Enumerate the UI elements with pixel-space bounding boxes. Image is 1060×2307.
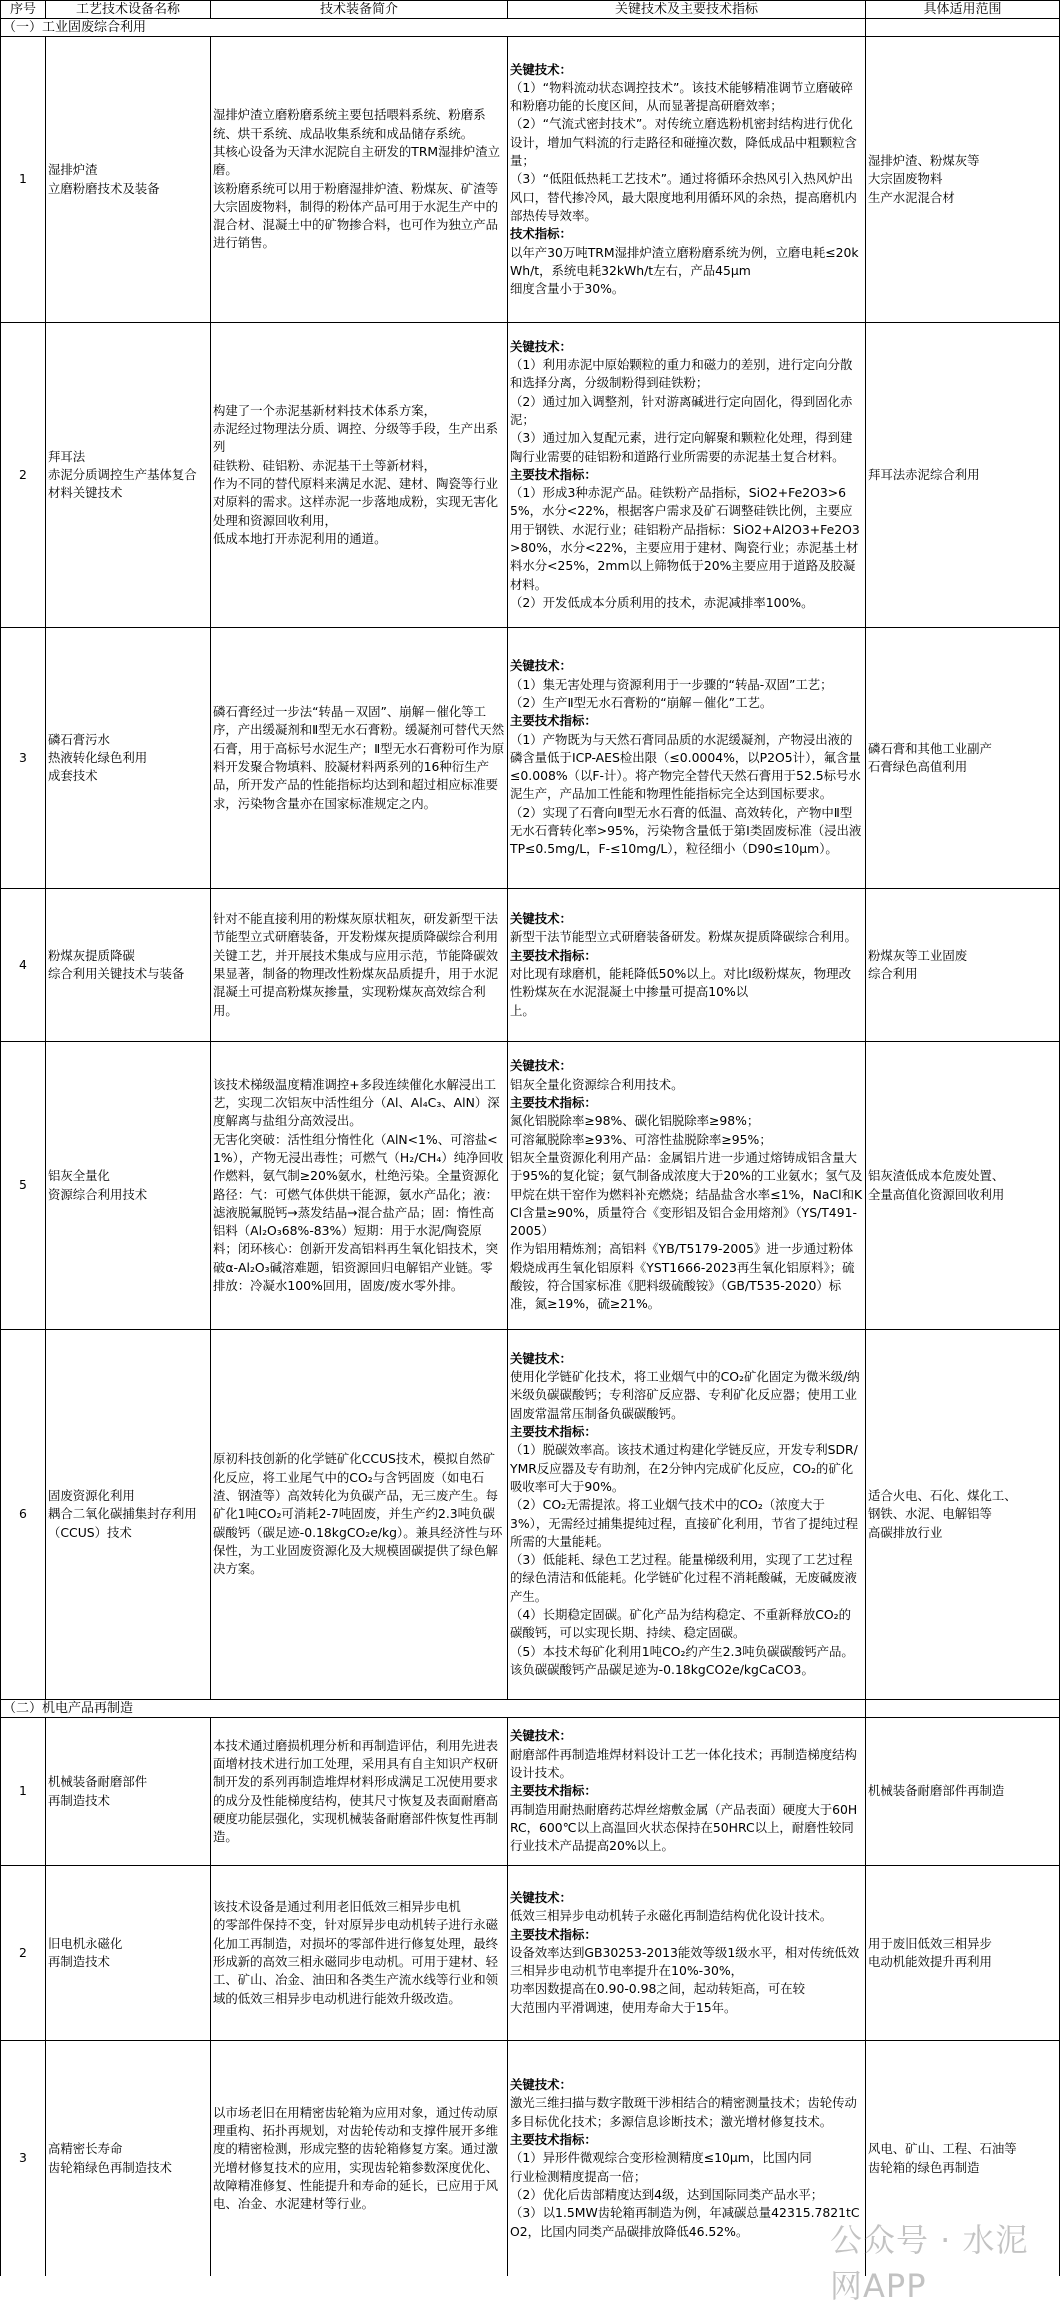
indicator-text: 大范围内平滑调速，使用寿命大于15年。 <box>510 1999 863 2017</box>
text-line: 成套技术 <box>48 767 208 785</box>
text-line: 热液转化绿色利用 <box>48 749 208 767</box>
text-line: 齿轮箱的绿色再制造 <box>868 2159 1057 2177</box>
table-row: 6固废资源化利用耦合二氧化碳捕集封存利用（CCUS）技术原初科技创新的化学链矿化… <box>1 1330 1060 1700</box>
application-scope: 机械装备耐磨部件再制造 <box>866 1718 1060 1866</box>
indicator-text: 行业检测精度提高一倍； <box>510 2168 863 2186</box>
tech-name: 机械装备耐磨部件再制造技术 <box>46 1718 211 1866</box>
table-row: 3磷石膏污水热液转化绿色利用成套技术磷石膏经过一步法“转晶－双固”、崩解－催化等… <box>1 628 1060 889</box>
indicator-text: 设备效率达到GB30253-2013能效等级1级水平，相对传统低效三相异步电动机… <box>510 1944 863 1981</box>
table-row: 2拜耳法赤泥分质调控生产基体复合材料关键技术构建了一个赤泥基新材料技术体系方案，… <box>1 323 1060 628</box>
section-row: （一）工业固废综合利用 <box>1 19 1060 37</box>
indicator-text: （3）通过加入复配元素，进行定向解聚和颗粒化处理，得到建陶行业需要的硅铝粉和道路… <box>510 429 863 466</box>
subheading: 关键技术： <box>510 2076 863 2094</box>
text-line: 钢铁、水泥、电解铝等 <box>868 1505 1057 1523</box>
section-title: （二）机电产品再制造 <box>1 1700 866 1718</box>
text-line: 再制造技术 <box>48 1953 208 1971</box>
header-no: 序号 <box>1 1 46 19</box>
text-line: 该技术梯级温度精准调控+多段连续催化水解浸出工艺，实现二次铝灰中活性组分（Al、… <box>213 1076 505 1131</box>
text-line: 高精密长寿命 <box>48 2140 208 2158</box>
indicator-text: （3）低能耗、绿色工艺过程。能量梯级利用，实现了工艺过程的绿色清洁和低能耗。化学… <box>510 1551 863 1606</box>
text-line: 生产水泥混合材 <box>868 189 1057 207</box>
subheading: 关键技术： <box>510 1057 863 1075</box>
text-line: 湿排炉渣立磨粉磨系统主要包括喂料系统、粉磨系统、烘干系统、成品收集系统和成品储存… <box>213 106 505 143</box>
indicator-text: 低效三相异步电动机转子永磁化再制造结构优化设计技术。 <box>510 1907 863 1925</box>
tech-intro: 以市场老旧在用精密齿轮箱为应用对象，通过传动原理重构、拓扑再规划，对齿轮传动和支… <box>211 2041 508 2277</box>
subheading: 主要技术指标： <box>510 1423 863 1441</box>
subheading: 关键技术： <box>510 657 863 675</box>
indicator-text: （2）“气流式密封技术”。对传统立磨选粉机密封结构进行优化设计，增加气料流的行走… <box>510 115 863 170</box>
indicator-text: 上。 <box>510 1002 863 1020</box>
application-scope: 湿排炉渣、粉煤灰等大宗固废物料生产水泥混合材 <box>866 37 1060 323</box>
header-scope: 具体适用范围 <box>866 1 1060 19</box>
table-body: （一）工业固废综合利用1湿排炉渣立磨粉磨技术及装备湿排炉渣立磨粉磨系统主要包括喂… <box>1 19 1060 2277</box>
text-line: 高碳排放行业 <box>868 1524 1057 1542</box>
application-scope: 粉煤灰等工业固废综合利用 <box>866 889 1060 1042</box>
key-tech-indicators: 关键技术：新型干法节能型立式研磨装备研发。粉煤灰提质降碳综合利用。主要技术指标：… <box>508 889 866 1042</box>
indicator-text: （2）实现了石膏向Ⅱ型无水石膏的低温、高效转化，产物中Ⅱ型无水石膏转化率>95%… <box>510 804 863 859</box>
indicator-text: 以年产30万吨TRM湿排炉渣立磨粉磨系统为例，立磨电耗≤20kWh/t，系统电耗… <box>510 244 863 281</box>
text-line: 无害化突破：活性组分惰性化（AlN<1%、可溶盐<1%），产物无浸出毒性；可燃气… <box>213 1131 505 1296</box>
text-line: 铝灰全量化 <box>48 1167 208 1185</box>
key-tech-indicators: 关键技术：低效三相异步电动机转子永磁化再制造结构优化设计技术。主要技术指标：设备… <box>508 1866 866 2041</box>
application-scope: 适合火电、石化、煤化工、钢铁、水泥、电解铝等高碳排放行业 <box>866 1330 1060 1700</box>
subheading: 关键技术： <box>510 61 863 79</box>
text-line: 粉煤灰提质降碳 <box>48 947 208 965</box>
indicator-text: （1）产物既为与天然石膏同品质的水泥缓凝剂，产物浸出液的磷含量低于ICP-AES… <box>510 731 863 804</box>
text-line: 旧电机永磁化 <box>48 1935 208 1953</box>
text-line: 大宗固废物料 <box>868 170 1057 188</box>
indicator-text: （5）本技术每矿化利用1吨CO₂约产生2.3吨负碳碳酸钙产品。该负碳碳酸钙产品碳… <box>510 1643 863 1680</box>
text-line: 作为不同的替代原料来满足水泥、建材、陶瓷等行业 <box>213 475 505 493</box>
tech-intro: 针对不能直接利用的粉煤灰原状粗灰，研发新型干法节能型立式研磨装备，开发粉煤灰提质… <box>211 889 508 1042</box>
key-tech-indicators: 关键技术：（1）“物料流动状态调控技术”。该技术能够精准调节立磨破碎和粉磨功能的… <box>508 37 866 323</box>
row-number: 4 <box>1 889 46 1042</box>
text-line: 综合利用 <box>868 965 1057 983</box>
header-key-tech: 关键技术及主要技术指标 <box>508 1 866 19</box>
indicator-text: 铝灰全量化资源综合利用技术。 <box>510 1076 863 1094</box>
indicator-text: （1）利用赤泥中原始颗粒的重力和磁力的差别，进行定向分散和选择分离，分级制粉得到… <box>510 356 863 393</box>
application-scope: 风电、矿山、工程、石油等齿轮箱的绿色再制造 <box>866 2041 1060 2277</box>
subheading: 主要技术指标： <box>510 1782 863 1800</box>
subheading: 主要技术指标： <box>510 1926 863 1944</box>
text-line: 综合利用关键技术与装备 <box>48 965 208 983</box>
tech-name: 铝灰全量化资源综合利用技术 <box>46 1042 211 1330</box>
indicator-text: 使用化学链矿化技术，将工业烟气中的CO₂矿化固定为微米级/纳米级负碳碳酸钙；专利… <box>510 1368 863 1423</box>
indicator-text: （2）开发低成本分质利用的技术，赤泥减排率100%。 <box>510 594 863 612</box>
text-line: 原初科技创新的化学链矿化CCUS技术，模拟自然矿化反应，将工业尾气中的CO₂与含… <box>213 1450 505 1578</box>
tech-name: 湿排炉渣立磨粉磨技术及装备 <box>46 37 211 323</box>
text-line: 磷石膏经过一步法“转晶－双固”、崩解－催化等工序，产出缓凝剂和Ⅱ型无水石膏粉。缓… <box>213 703 505 813</box>
row-number: 3 <box>1 2041 46 2277</box>
application-scope: 磷石膏和其他工业副产石膏绿色高值利用 <box>866 628 1060 889</box>
text-line: 针对不能直接利用的粉煤灰原状粗灰，研发新型干法节能型立式研磨装备，开发粉煤灰提质… <box>213 910 505 1020</box>
indicator-text: 对比现有球磨机，能耗降低50%以上。对比Ⅰ级粉煤灰，物理改性粉煤灰在水泥混凝土中… <box>510 965 863 1002</box>
text-line: 机械装备耐磨部件再制造 <box>868 1782 1057 1800</box>
tech-intro: 湿排炉渣立磨粉磨系统主要包括喂料系统、粉磨系统、烘干系统、成品收集系统和成品储存… <box>211 37 508 323</box>
indicator-text: （3）“低阻低热耗工艺技术”。通过将循环余热风引入热风炉出风口，替代掺冷风，最大… <box>510 170 863 225</box>
indicator-text: （2）优化后齿部精度达到4级，达到国际同类产品水平； <box>510 2186 863 2204</box>
tech-name: 粉煤灰提质降碳综合利用关键技术与装备 <box>46 889 211 1042</box>
subheading: 主要技术指标： <box>510 466 863 484</box>
application-scope: 铝灰渣低成本危废处置、全量高值化资源回收利用 <box>866 1042 1060 1330</box>
text-line: 赤泥经过物理法分质、调控、分级等手段，生产出系列 <box>213 420 505 457</box>
key-tech-indicators: 关键技术：（1）集无害处理与资源利用于一步骤的“转晶-双固”工艺；（2）生产Ⅱ型… <box>508 628 866 889</box>
text-line: 本技术通过磨损机理分析和再制造评估，利用先进表面增材技术进行加工处理，采用具有自… <box>213 1737 505 1847</box>
section-empty-cell <box>866 19 1060 37</box>
table-row: 2旧电机永磁化再制造技术该技术设备是通过利用老旧低效三相异步电机的零部件保持不变… <box>1 1866 1060 2041</box>
tech-intro: 该技术梯级温度精准调控+多段连续催化水解浸出工艺，实现二次铝灰中活性组分（Al、… <box>211 1042 508 1330</box>
text-line: 再制造技术 <box>48 1792 208 1810</box>
text-line: 磷石膏污水 <box>48 731 208 749</box>
indicator-text: （2）通过加入调整剂，针对游离碱进行定向固化，得到固化赤泥； <box>510 393 863 430</box>
indicator-text: 氮化铝脱除率≥98%、碳化铝脱除率≥98%； <box>510 1112 863 1130</box>
subheading: 技术指标： <box>510 225 863 243</box>
text-line: 其核心设备为天津水泥院自主研发的TRM湿排炉渣立磨。 <box>213 143 505 180</box>
text-line: 电动机能效提升再利用 <box>868 1953 1057 1971</box>
text-line: 资源综合利用技术 <box>48 1186 208 1204</box>
subheading: 关键技术： <box>510 1889 863 1907</box>
subheading: 关键技术： <box>510 1350 863 1368</box>
table-row: 5铝灰全量化资源综合利用技术该技术梯级温度精准调控+多段连续催化水解浸出工艺，实… <box>1 1042 1060 1330</box>
indicator-text: 新型干法节能型立式研磨装备研发。粉煤灰提质降碳综合利用。 <box>510 928 863 946</box>
header-row: 序号 工艺技术设备名称 技术装备简介 关键技术及主要技术指标 具体适用范围 <box>1 1 1060 19</box>
text-line: 赤泥分质调控生产基体复合材料关键技术 <box>48 466 208 503</box>
indicator-text: 功率因数提高在0.90-0.98之间，起动转矩高，可在较 <box>510 1980 863 1998</box>
tech-name: 磷石膏污水热液转化绿色利用成套技术 <box>46 628 211 889</box>
text-line: 的零部件保持不变，针对原异步电动机转子进行永磁化加工再制造，对损坏的零部件进行修… <box>213 1916 505 2007</box>
table-row: 1机械装备耐磨部件再制造技术本技术通过磨损机理分析和再制造评估，利用先进表面增材… <box>1 1718 1060 1866</box>
indicator-text: 铝灰全量资源化利用产品：金属铝片进一步通过熔铸成铝含量大于95%的复化锭；氨气制… <box>510 1149 863 1240</box>
application-scope: 用于废旧低效三相异步电动机能效提升再利用 <box>866 1866 1060 2041</box>
row-number: 1 <box>1 37 46 323</box>
technology-catalog-table: 序号 工艺技术设备名称 技术装备简介 关键技术及主要技术指标 具体适用范围 （一… <box>0 0 1060 2276</box>
tech-intro: 本技术通过磨损机理分析和再制造评估，利用先进表面增材技术进行加工处理，采用具有自… <box>211 1718 508 1866</box>
tech-intro: 该技术设备是通过利用老旧低效三相异步电机的零部件保持不变，针对原异步电动机转子进… <box>211 1866 508 2041</box>
text-line: 拜耳法 <box>48 448 208 466</box>
key-tech-indicators: 关键技术：耐磨部件再制造堆焊材料设计工艺一体化技术；再制造梯度结构设计技术。主要… <box>508 1718 866 1866</box>
text-line: 铝灰渣低成本危废处置、 <box>868 1167 1057 1185</box>
indicator-text: （1）异形件微观综合变形检测精度≤10μm，比国内同 <box>510 2149 863 2167</box>
text-line: 固废资源化利用 <box>48 1487 208 1505</box>
key-tech-indicators: 关键技术：（1）利用赤泥中原始颗粒的重力和磁力的差别，进行定向分散和选择分离，分… <box>508 323 866 628</box>
text-line: 耦合二氧化碳捕集封存利用（CCUS）技术 <box>48 1505 208 1542</box>
indicator-text: （2）生产Ⅱ型无水石膏粉的“崩解－催化”工艺。 <box>510 694 863 712</box>
text-line: 全量高值化资源回收利用 <box>868 1186 1057 1204</box>
subheading: 关键技术： <box>510 338 863 356</box>
text-line: 该技术设备是通过利用老旧低效三相异步电机 <box>213 1898 505 1916</box>
text-line: 湿排炉渣、粉煤灰等 <box>868 152 1057 170</box>
subheading: 主要技术指标： <box>510 2131 863 2149</box>
row-number: 2 <box>1 323 46 628</box>
text-line: 以市场老旧在用精密齿轮箱为应用对象，通过传动原理重构、拓扑再规划，对齿轮传动和支… <box>213 2104 505 2214</box>
row-number: 3 <box>1 628 46 889</box>
text-line: 磷石膏和其他工业副产 <box>868 740 1057 758</box>
text-line: 石膏绿色高值利用 <box>868 758 1057 776</box>
key-tech-indicators: 关键技术：激光三维扫描与数字散斑干涉相结合的精密测量技术；齿轮传动多目标优化技术… <box>508 2041 866 2277</box>
text-line: 湿排炉渣 <box>48 161 208 179</box>
subheading: 主要技术指标： <box>510 1094 863 1112</box>
header-intro: 技术装备简介 <box>211 1 508 19</box>
subheading: 关键技术： <box>510 910 863 928</box>
text-line: 对原料的需求。这样赤泥一步落地成粉，实现无害化处理和资源回收利用， <box>213 493 505 530</box>
row-number: 1 <box>1 1718 46 1866</box>
row-number: 6 <box>1 1330 46 1700</box>
tech-intro: 磷石膏经过一步法“转晶－双固”、崩解－催化等工序，产出缓凝剂和Ⅱ型无水石膏粉。缓… <box>211 628 508 889</box>
indicator-text: （1）集无害处理与资源利用于一步骤的“转晶-双固”工艺； <box>510 676 863 694</box>
text-line: 齿轮箱绿色再制造技术 <box>48 2159 208 2177</box>
tech-name: 拜耳法赤泥分质调控生产基体复合材料关键技术 <box>46 323 211 628</box>
table-row: 1湿排炉渣立磨粉磨技术及装备湿排炉渣立磨粉磨系统主要包括喂料系统、粉磨系统、烘干… <box>1 37 1060 323</box>
tech-name: 旧电机永磁化再制造技术 <box>46 1866 211 2041</box>
table-row: 3高精密长寿命齿轮箱绿色再制造技术以市场老旧在用精密齿轮箱为应用对象，通过传动原… <box>1 2041 1060 2277</box>
subheading: 主要技术指标： <box>510 947 863 965</box>
indicator-text: （2）CO₂无需提浓。将工业烟气技术中的CO₂（浓度大于3%），无需经过捕集提纯… <box>510 1496 863 1551</box>
tech-name: 高精密长寿命齿轮箱绿色再制造技术 <box>46 2041 211 2277</box>
indicator-text: （1）形成3种赤泥产品。硅铁粉产品指标，SiO2+Fe2O3>65%，水分<22… <box>510 484 863 594</box>
subheading: 主要技术指标： <box>510 712 863 730</box>
text-line: 构建了一个赤泥基新材料技术体系方案， <box>213 402 505 420</box>
tech-name: 固废资源化利用耦合二氧化碳捕集封存利用（CCUS）技术 <box>46 1330 211 1700</box>
indicator-text: 作为铝用精炼剂；高铝料《YB/T5179-2005》进一步通过粉体煅烧成再生氧化… <box>510 1240 863 1313</box>
text-line: 适合火电、石化、煤化工、 <box>868 1487 1057 1505</box>
text-line: 拜耳法赤泥综合利用 <box>868 466 1057 484</box>
indicator-text: （3）以1.5MW齿轮箱再制造为例，年减碳总量42315.7821tCO2，比国… <box>510 2204 863 2241</box>
indicator-text: 耐磨部件再制造堆焊材料设计工艺一体化技术；再制造梯度结构设计技术。 <box>510 1746 863 1783</box>
text-line: 机械装备耐磨部件 <box>48 1773 208 1791</box>
text-line: 风电、矿山、工程、石油等 <box>868 2140 1057 2158</box>
text-line: 低成本地打开赤泥利用的通道。 <box>213 530 505 548</box>
indicator-text: （1）“物料流动状态调控技术”。该技术能够精准调节立磨破碎和粉磨功能的长度区间，… <box>510 79 863 116</box>
text-line: 该粉磨系统可以用于粉磨湿排炉渣、粉煤灰、矿渣等大宗固废物料，制得的粉体产品可用于… <box>213 180 505 253</box>
indicator-text: 再制造用耐热耐磨药芯焊丝熔敷金属（产品表面）硬度大于60HRC，600℃以上高温… <box>510 1801 863 1856</box>
indicator-text: 可溶氟脱除率≥93%、可溶性盐脱除率≥95%； <box>510 1131 863 1149</box>
section-title: （一）工业固废综合利用 <box>1 19 866 37</box>
section-empty-cell <box>866 1700 1060 1718</box>
subheading: 关键技术： <box>510 1727 863 1745</box>
text-line: 硅铁粉、硅铝粉、赤泥基干土等新材料， <box>213 457 505 475</box>
header-name: 工艺技术设备名称 <box>46 1 211 19</box>
indicator-text: （1）脱碳效率高。该技术通过构建化学链反应，开发专利SDR/YMR反应器及专有助… <box>510 1441 863 1496</box>
indicator-text: 激光三维扫描与数字散斑干涉相结合的精密测量技术；齿轮传动多目标优化技术；多源信息… <box>510 2094 863 2131</box>
row-number: 2 <box>1 1866 46 2041</box>
table-row: 4粉煤灰提质降碳综合利用关键技术与装备针对不能直接利用的粉煤灰原状粗灰，研发新型… <box>1 889 1060 1042</box>
tech-intro: 原初科技创新的化学链矿化CCUS技术，模拟自然矿化反应，将工业尾气中的CO₂与含… <box>211 1330 508 1700</box>
text-line: 粉煤灰等工业固废 <box>868 947 1057 965</box>
indicator-text: （4）长期稳定固碳。矿化产品为结构稳定、不重新释放CO₂的碳酸钙，可以实现长期、… <box>510 1606 863 1643</box>
indicator-text: 细度含量小于30%。 <box>510 280 863 298</box>
row-number: 5 <box>1 1042 46 1330</box>
section-row: （二）机电产品再制造 <box>1 1700 1060 1718</box>
application-scope: 拜耳法赤泥综合利用 <box>866 323 1060 628</box>
key-tech-indicators: 关键技术：铝灰全量化资源综合利用技术。主要技术指标：氮化铝脱除率≥98%、碳化铝… <box>508 1042 866 1330</box>
tech-intro: 构建了一个赤泥基新材料技术体系方案，赤泥经过物理法分质、调控、分级等手段，生产出… <box>211 323 508 628</box>
key-tech-indicators: 关键技术：使用化学链矿化技术，将工业烟气中的CO₂矿化固定为微米级/纳米级负碳碳… <box>508 1330 866 1700</box>
text-line: 用于废旧低效三相异步 <box>868 1935 1057 1953</box>
text-line: 立磨粉磨技术及装备 <box>48 180 208 198</box>
